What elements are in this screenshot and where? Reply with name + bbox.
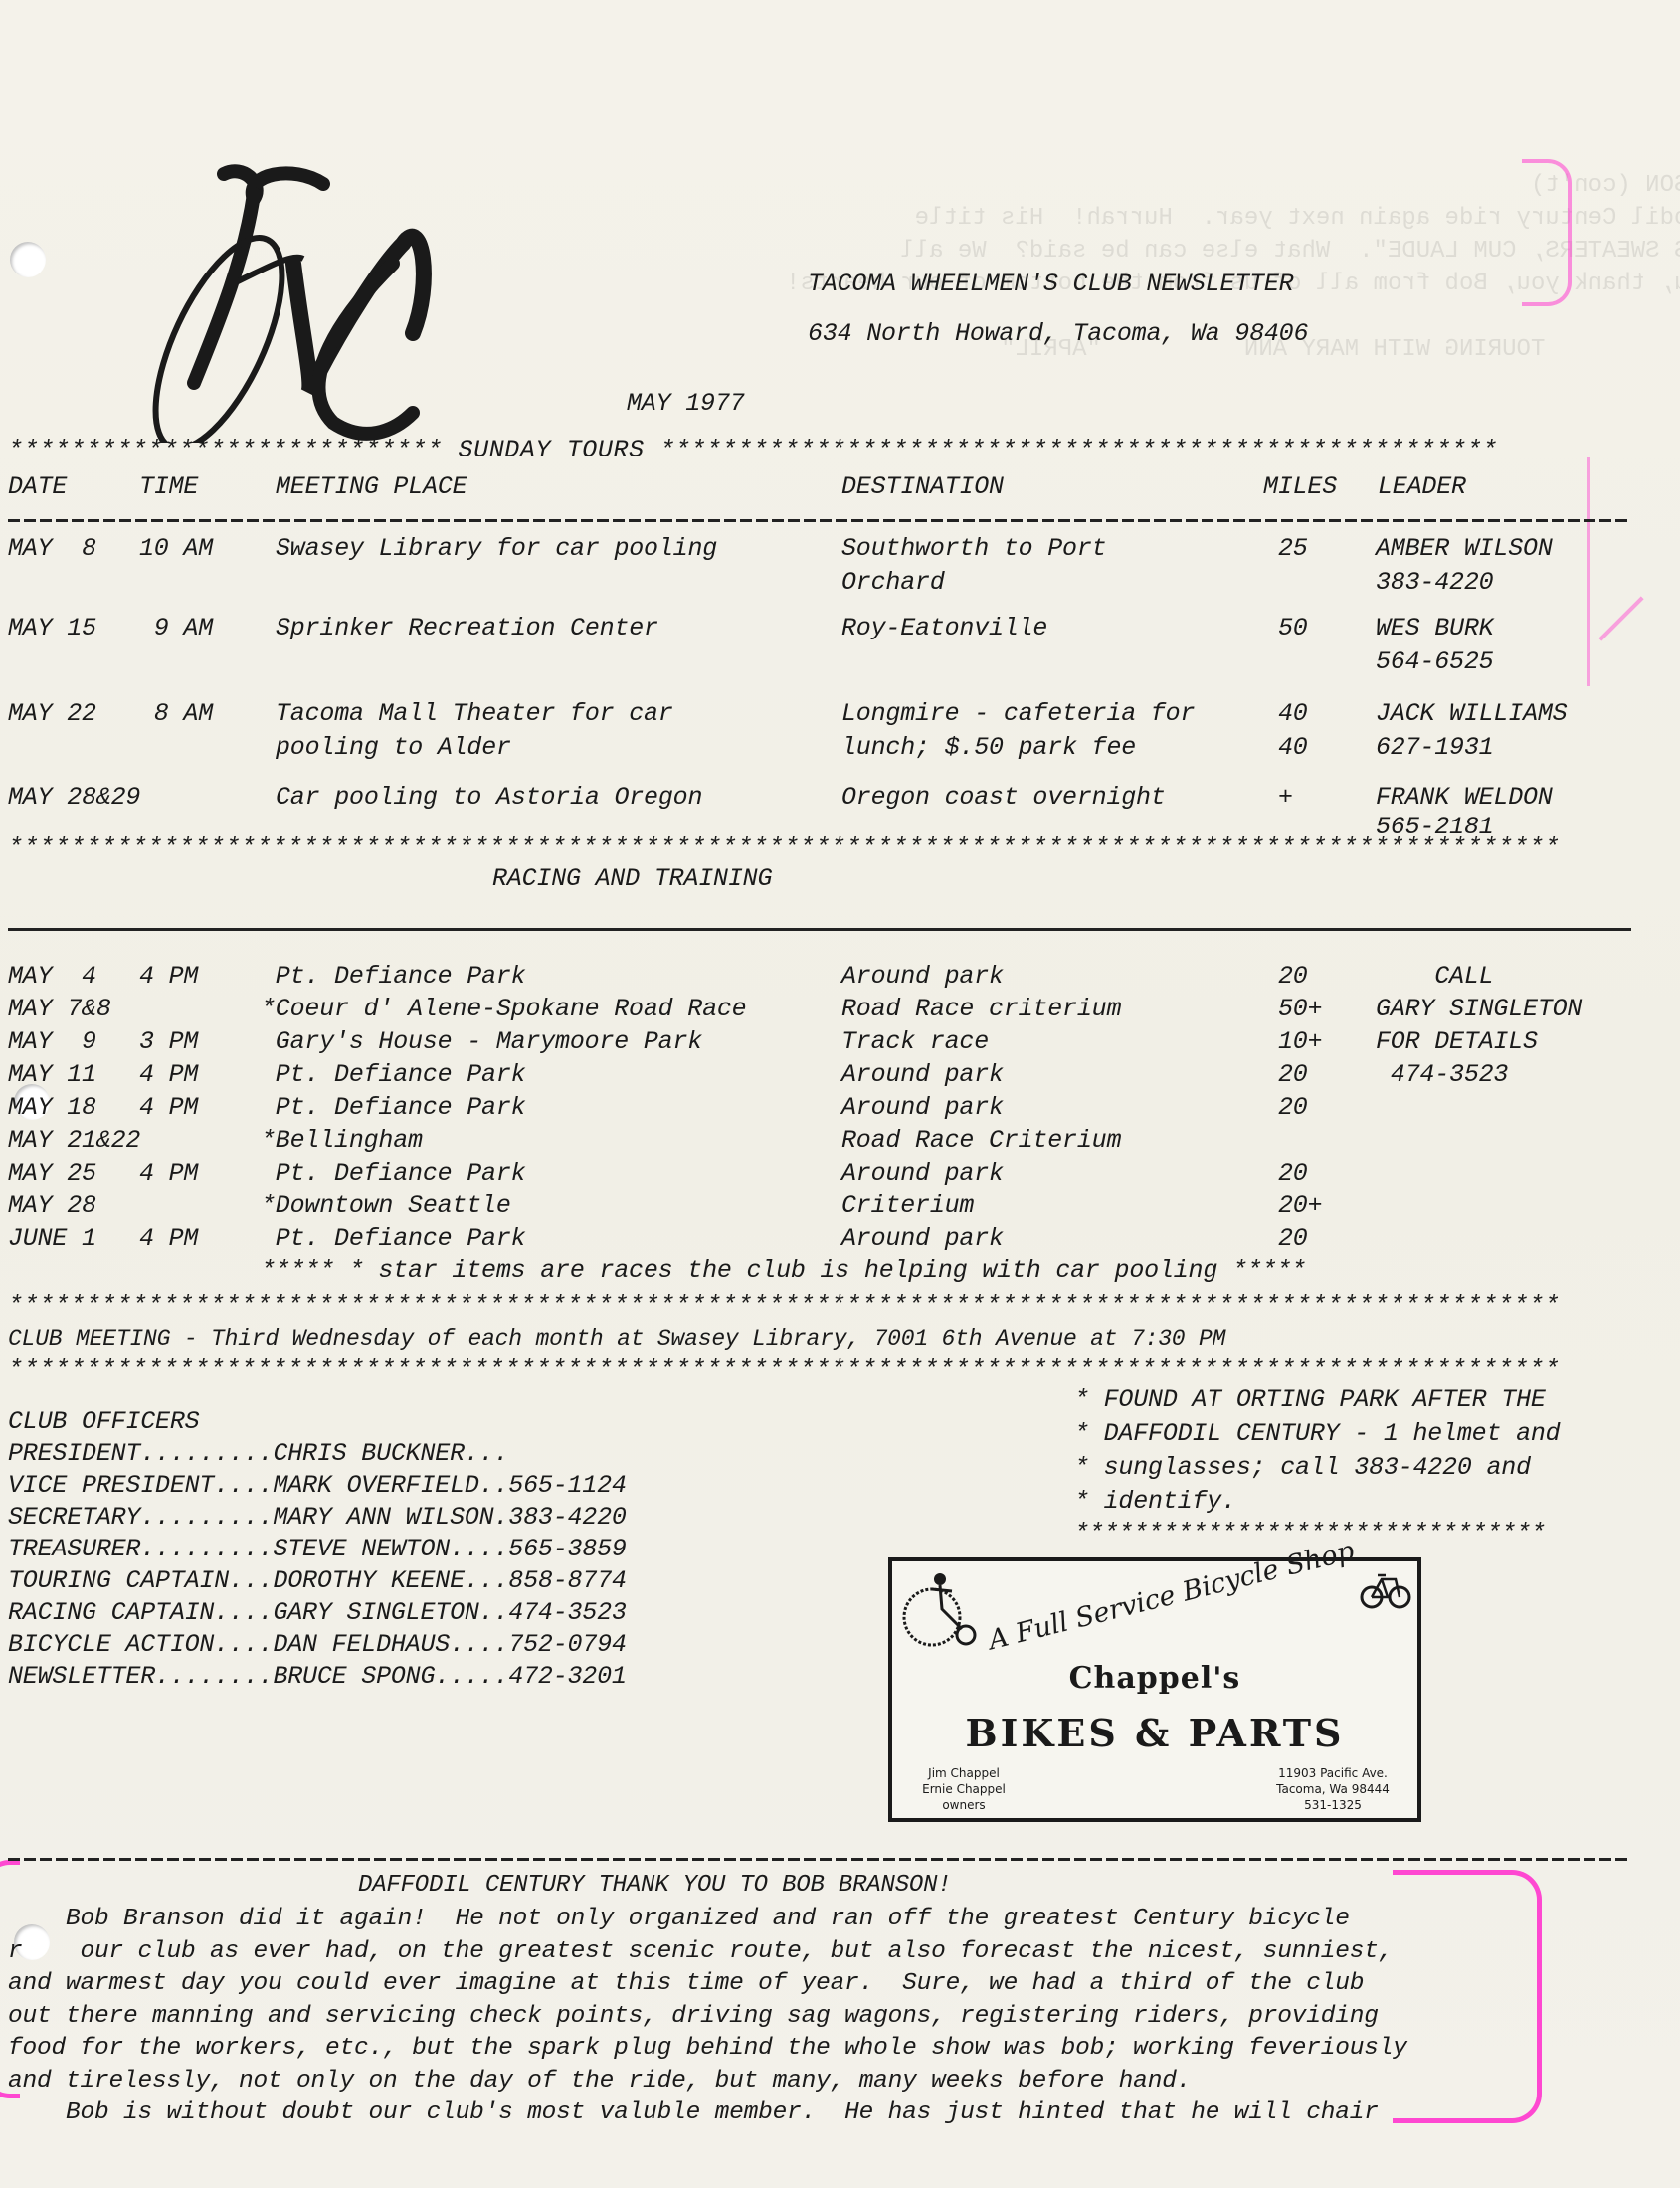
tour-leader-phone: 627-1931	[1376, 732, 1493, 764]
officer-row: NEWSLETTER........BRUCE SPONG.....472-32…	[8, 1661, 627, 1693]
race-destination: Track race	[841, 1026, 989, 1058]
race-miles: 20	[1278, 1059, 1308, 1091]
race-destination: Road Race criterium	[841, 994, 1121, 1025]
officer-phone: 474-3523	[508, 1598, 626, 1627]
col-header-meeting-place: MEETING PLACE	[276, 471, 467, 503]
officer-role: VICE PRESIDENT....	[8, 1471, 273, 1500]
officer-phone: 565-1124	[508, 1471, 626, 1500]
race-date: MAY 11	[8, 1059, 96, 1091]
race-destination: Around park	[841, 1092, 1004, 1124]
section-title-sunday-tours: SUNDAY TOURS	[458, 438, 644, 463]
article-line: Bob Branson did it again! He not only or…	[8, 1904, 1350, 1935]
race-miles: 20	[1278, 1092, 1308, 1124]
officer-name: BRUCE SPONG.....	[273, 1662, 508, 1691]
race-place: *Bellingham	[261, 1125, 423, 1157]
tour-meeting-place: Sprinker Recreation Center	[276, 613, 658, 644]
stars-divider: ****************************************…	[8, 835, 1631, 861]
tour-miles: 40	[1278, 732, 1308, 764]
tour-date: MAY 22	[8, 698, 96, 730]
tour-destination: Longmire - cafeteria for	[841, 698, 1195, 730]
race-time: 4 PM	[139, 1059, 198, 1091]
officer-role: SECRETARY.........	[8, 1503, 273, 1532]
article-line: out there manning and servicing check po…	[8, 2001, 1379, 2033]
ad-shop-name: Chappel's	[892, 1661, 1417, 1696]
tour-date: MAY 28&29	[8, 782, 140, 814]
officer-role: BICYCLE ACTION....	[8, 1630, 273, 1659]
officer-row: RACING CAPTAIN....GARY SINGLETON..474-35…	[8, 1597, 627, 1629]
issue-date: MAY 1977	[627, 388, 744, 420]
officer-role: TOURING CAPTAIN...	[8, 1566, 273, 1595]
tour-leader: JACK WILLIAMS	[1376, 698, 1567, 730]
race-time: 4 PM	[139, 1223, 198, 1255]
ad-city: Tacoma, Wa 98444	[1258, 1781, 1407, 1797]
newsletter-title: TACOMA WHEELMEN'S CLUB NEWSLETTER	[808, 269, 1293, 300]
tour-leader-phone: 383-4220	[1376, 567, 1493, 599]
race-miles: 10+	[1278, 1026, 1322, 1058]
officer-row: BICYCLE ACTION....DAN FELDHAUS....752-07…	[8, 1629, 627, 1661]
race-miles: 20	[1278, 961, 1308, 993]
officers-heading: CLUB OFFICERS	[8, 1406, 199, 1438]
race-date: MAY 9	[8, 1026, 96, 1058]
tour-destination: lunch; $.50 park fee	[841, 732, 1136, 764]
tour-time: 8 AM	[139, 698, 213, 730]
tour-time: 10 AM	[139, 533, 213, 565]
ad-headline: BIKES & PARTS	[892, 1711, 1417, 1755]
race-destination: Around park	[841, 1223, 1004, 1255]
tour-meeting-place: Car pooling to Astoria Oregon	[276, 782, 702, 814]
officer-name: DAN FELDHAUS....	[273, 1630, 508, 1659]
punch-hole	[10, 242, 46, 277]
tour-miles: 25	[1278, 533, 1308, 565]
racing-footnote: ***** * star items are races the club is…	[261, 1255, 1306, 1287]
race-leader: GARY SINGLETON	[1376, 994, 1582, 1025]
officer-phone: 383-4220	[508, 1503, 626, 1532]
officer-row: SECRETARY.........MARY ANN WILSON.383-42…	[8, 1502, 627, 1534]
race-destination: Around park	[841, 1158, 1004, 1189]
race-miles: 20	[1278, 1223, 1308, 1255]
officer-role: NEWSLETTER........	[8, 1662, 273, 1691]
newsletter-page: BOB BRANSON (con't) the Daffodil Century…	[0, 0, 1680, 2188]
ad-owners: Jim Chappel Ernie Chappel owners	[904, 1765, 1024, 1813]
bicycle-icon	[1360, 1569, 1411, 1613]
race-leader: FOR DETAILS	[1376, 1026, 1538, 1058]
race-time: 4 PM	[139, 1092, 198, 1124]
divider	[8, 1858, 1631, 1861]
tour-destination: Orchard	[841, 567, 945, 599]
tour-miles: 40	[1278, 698, 1308, 730]
article-line: Bob is without doubt our club's most val…	[8, 2097, 1379, 2129]
tour-destination: Southworth to Port	[841, 533, 1106, 565]
col-header-date: DATE	[8, 471, 67, 503]
race-place: *Downtown Seattle	[261, 1190, 511, 1222]
ad-street: 11903 Pacific Ave.	[1258, 1765, 1407, 1781]
tour-leader: FRANK WELDON	[1376, 782, 1553, 814]
highlighter-check	[1587, 457, 1590, 686]
officer-phone: 472-3201	[508, 1662, 626, 1691]
officer-name: MARY ANN WILSON.	[273, 1503, 508, 1532]
officer-row: VICE PRESIDENT....MARK OVERFIELD..565-11…	[8, 1470, 627, 1502]
stars-divider: ****************************************…	[8, 1293, 1631, 1319]
tour-date: MAY 15	[8, 613, 96, 644]
race-place: Gary's House - Marymoore Park	[261, 1026, 702, 1058]
highlighter-bracket	[1393, 1870, 1542, 2123]
club-logo-icon	[94, 85, 522, 443]
highlighter-bracket	[1522, 159, 1572, 306]
race-place: Pt. Defiance Park	[261, 1158, 525, 1189]
ad-owners-label: owners	[904, 1797, 1024, 1813]
officer-role: PRESIDENT.........	[8, 1439, 273, 1468]
race-date: JUNE 1	[8, 1223, 96, 1255]
race-place: Pt. Defiance Park	[261, 961, 525, 993]
race-miles: 50+	[1278, 994, 1322, 1025]
officer-row: TREASURER.........STEVE NEWTON....565-38…	[8, 1534, 627, 1565]
tour-miles: +	[1278, 782, 1293, 814]
col-header-miles: MILES	[1263, 471, 1337, 503]
race-date: MAY 25	[8, 1158, 96, 1189]
divider	[8, 928, 1631, 931]
officer-name: CHRIS BUCKNER...	[273, 1439, 508, 1468]
ad-owner-name: Jim Chappel	[904, 1765, 1024, 1781]
officer-role: RACING CAPTAIN....	[8, 1598, 273, 1627]
tour-meeting-place: Swasey Library for car pooling	[276, 533, 717, 565]
race-time: 4 PM	[139, 961, 198, 993]
col-header-time: TIME	[139, 471, 198, 503]
club-address: 634 North Howard, Tacoma, Wa 98406	[808, 318, 1308, 350]
race-place: Pt. Defiance Park	[261, 1223, 525, 1255]
race-miles: 20+	[1278, 1190, 1322, 1222]
tour-destination: Oregon coast overnight	[841, 782, 1166, 814]
officer-row: TOURING CAPTAIN...DOROTHY KEENE...858-87…	[8, 1565, 627, 1597]
race-place: Pt. Defiance Park	[261, 1059, 525, 1091]
col-header-leader: LEADER	[1378, 471, 1466, 503]
officer-role: TREASURER.........	[8, 1535, 273, 1563]
race-destination: Around park	[841, 1059, 1004, 1091]
section-title-racing: RACING AND TRAINING	[492, 863, 772, 895]
article-line: r our club as ever had, on the greatest …	[8, 1936, 1393, 1968]
race-time: 3 PM	[139, 1026, 198, 1058]
race-leader: CALL	[1376, 961, 1493, 993]
race-place: Pt. Defiance Park	[261, 1092, 525, 1124]
officer-row: PRESIDENT.........CHRIS BUCKNER...	[8, 1438, 508, 1470]
tour-meeting-place: pooling to Alder	[276, 732, 511, 764]
chappels-advertisement: A Full Service Bicycle Shop Chappel's BI…	[888, 1557, 1421, 1822]
divider	[8, 519, 1631, 522]
found-notice-line: * identify.	[1074, 1486, 1236, 1518]
race-date: MAY 21&22	[8, 1125, 140, 1157]
article-line: and tirelessly, not only on the day of t…	[8, 2066, 1191, 2097]
race-destination: Criterium	[841, 1190, 974, 1222]
section-banner: **************************** SUNDAY TOUR…	[8, 438, 1631, 463]
race-miles: 20	[1278, 1158, 1308, 1189]
tour-leader: WES BURK	[1376, 613, 1493, 644]
race-destination: Around park	[841, 961, 1004, 993]
highlighter-check	[1598, 596, 1643, 640]
stars-divider: ****************************************…	[8, 1357, 1631, 1382]
tour-time: 9 AM	[139, 613, 213, 644]
found-notice-line: * sunglasses; call 383-4220 and	[1074, 1452, 1531, 1484]
article-title: DAFFODIL CENTURY THANK YOU TO BOB BRANSO…	[358, 1870, 952, 1902]
race-date: MAY 28	[8, 1190, 96, 1222]
race-date: MAY 4	[8, 961, 96, 993]
article-line: and warmest day you could ever imagine a…	[8, 1968, 1364, 2000]
officer-name: GARY SINGLETON..	[273, 1598, 508, 1627]
ad-owner-name: Ernie Chappel	[904, 1781, 1024, 1797]
officer-phone: 565-3859	[508, 1535, 626, 1563]
tour-leader-phone: 564-6525	[1376, 646, 1493, 678]
article-line: food for the workers, etc., but the spar…	[8, 2033, 1407, 2065]
officer-phone: 858-8774	[508, 1566, 626, 1595]
race-leader: 474-3523	[1376, 1059, 1508, 1091]
race-date: MAY 7&8	[8, 994, 111, 1025]
race-place: *Coeur d' Alene-Spokane Road Race	[261, 994, 746, 1025]
found-notice-line: * FOUND AT ORTING PARK AFTER THE	[1074, 1384, 1546, 1416]
officer-name: DOROTHY KEENE...	[273, 1566, 508, 1595]
found-notice-line: * DAFFODIL CENTURY - 1 helmet and	[1074, 1418, 1560, 1450]
race-time: 4 PM	[139, 1158, 198, 1189]
tour-date: MAY 8	[8, 533, 96, 565]
tour-leader: AMBER WILSON	[1376, 533, 1553, 565]
tour-destination: Roy-Eatonville	[841, 613, 1047, 644]
club-meeting-notice: CLUB MEETING - Third Wednesday of each m…	[8, 1323, 1225, 1355]
col-header-destination: DESTINATION	[841, 471, 1004, 503]
tour-miles: 50	[1278, 613, 1308, 644]
ad-tagline: A Full Service Bicycle Shop	[986, 1536, 1358, 1656]
ad-address: 11903 Pacific Ave. Tacoma, Wa 98444 531-…	[1258, 1765, 1407, 1813]
ad-phone: 531-1325	[1258, 1797, 1407, 1813]
officer-phone: 752-0794	[508, 1630, 626, 1659]
tour-meeting-place: Tacoma Mall Theater for car	[276, 698, 673, 730]
penny-farthing-icon	[902, 1569, 982, 1649]
officer-name: STEVE NEWTON....	[273, 1535, 508, 1563]
race-destination: Road Race Criterium	[841, 1125, 1121, 1157]
race-date: MAY 18	[8, 1092, 96, 1124]
officer-name: MARK OVERFIELD..	[273, 1471, 508, 1500]
